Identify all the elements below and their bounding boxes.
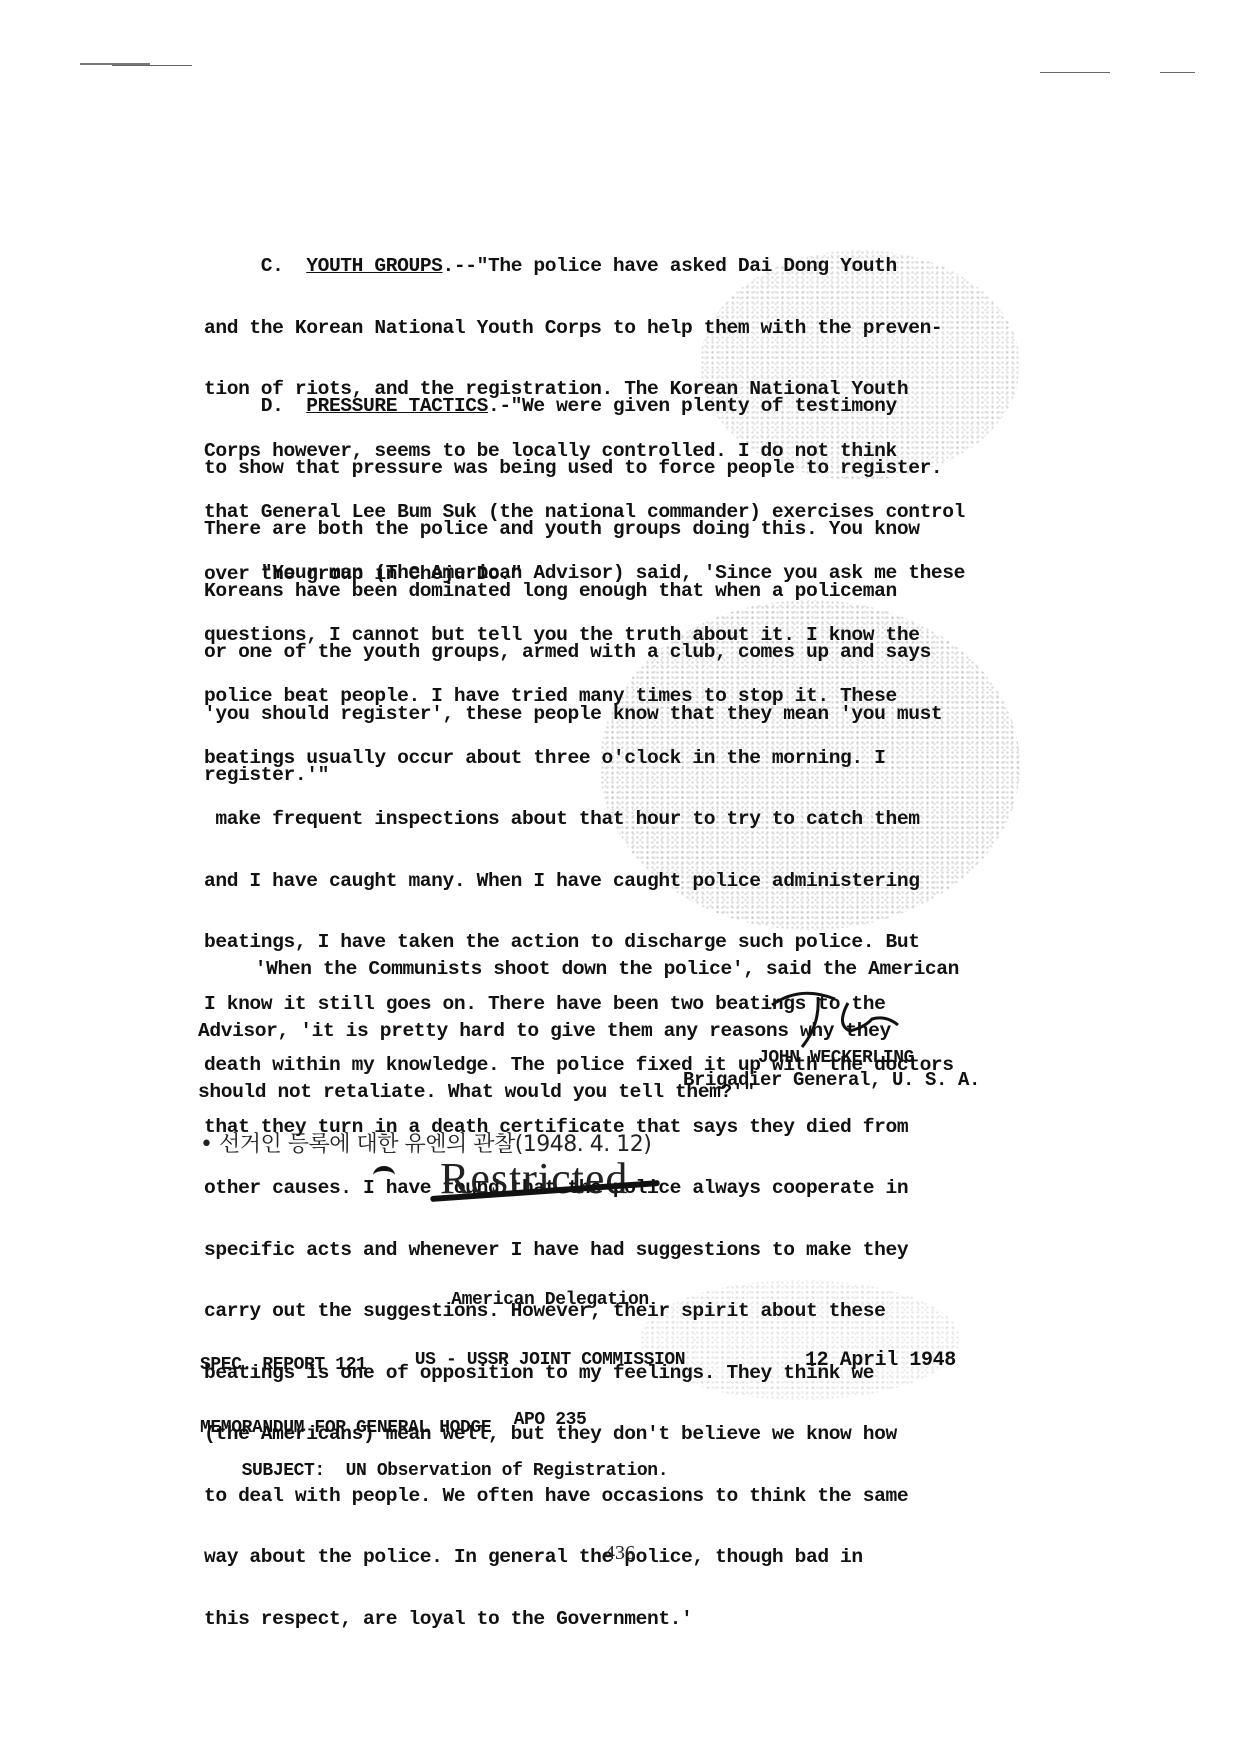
memo-for: MEMORANDUM FOR GENERAL HODGE xyxy=(200,1418,491,1439)
section-c-label: C. xyxy=(261,255,284,277)
letterhead-line-2: US - USSR JOINT COMMISSION xyxy=(340,1350,760,1370)
subject-label: SUBJECT: xyxy=(242,1461,325,1481)
section-d-heading: PRESSURE TACTICS xyxy=(306,395,488,417)
report-date: 12 April 1948 xyxy=(805,1351,956,1372)
section-d-label: D. xyxy=(261,395,284,417)
report-number: SPEC. REPORT 121 xyxy=(200,1355,366,1376)
subject-line: SUBJECT: UN Observation of Registration. xyxy=(200,1440,668,1502)
header-rule-right-2 xyxy=(1160,72,1195,73)
stamp-mark-icon xyxy=(373,1166,395,1185)
subject-text: UN Observation of Registration. xyxy=(346,1461,668,1481)
signature-title: Brigadier General, U. S. A. xyxy=(683,1070,980,1091)
section-c-heading: YOUTH GROUPS xyxy=(306,255,442,277)
header-rule-left-2 xyxy=(112,65,192,66)
page-number: 436 xyxy=(0,1542,1240,1565)
header-rule-right xyxy=(1040,72,1110,73)
handwritten-signature xyxy=(760,985,910,1055)
document-page: C. YOUTH GROUPS.--"The police have asked… xyxy=(0,0,1240,1754)
letterhead-line-1: American Delegation xyxy=(340,1290,760,1310)
signature-name: JOHN WECKERLING xyxy=(758,1048,914,1069)
